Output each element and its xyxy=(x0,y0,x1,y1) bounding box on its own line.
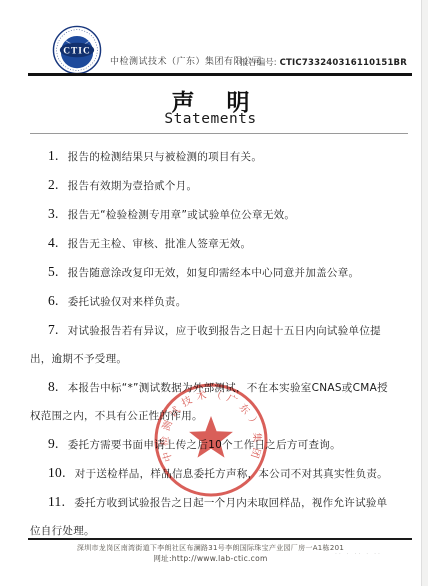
faint-footer-marks: ·· · ·· · ·· xyxy=(335,551,395,558)
document-page: CTIC 中检测试技术（广东）集团有限公司 报告编号:CTIC733240316… xyxy=(0,0,421,586)
report-number-value: CTIC733240316110151BR xyxy=(280,58,407,68)
statement-item-5: 5.报告随意涂改复印无效，如复印需经本中心同意并加盖公章。 xyxy=(30,258,396,287)
statement-number: 3. xyxy=(48,206,68,221)
statement-number: 7. xyxy=(48,322,68,337)
statement-item-3: 3.报告无“检验检测专用章”或试验单位公章无效。 xyxy=(30,200,396,229)
statement-text: 委托方需要书面申请上传之后10个工作日之后方可查询。 xyxy=(68,439,341,451)
page-edge xyxy=(421,0,428,586)
statement-text: 报告有效期为壹拾贰个月。 xyxy=(68,180,198,192)
statement-item-10: 10.对于送检样品，样品信息委托方声称，本公司不对其真实性负责。 xyxy=(30,459,396,488)
statement-text: 委托试验仅对来样负责。 xyxy=(68,296,187,308)
title-rule xyxy=(30,133,408,134)
statement-item-7: 7.对试验报告若有异议，应于收到报告之日起十五日内向试验单位提出，逾期不予受理。 xyxy=(30,316,396,373)
statement-item-8: 8.本报告中标“*”测试数据为外部测试，不在本实验室CNAS或CMA授权范围之内… xyxy=(30,373,396,430)
statement-number: 10. xyxy=(48,465,75,480)
statement-item-2: 2.报告有效期为壹拾贰个月。 xyxy=(30,171,396,200)
page-title-en: Statements xyxy=(0,111,421,127)
statement-number: 5. xyxy=(48,264,68,279)
statement-item-6: 6.委托试验仅对来样负责。 xyxy=(30,287,396,316)
logo-abbr: CTIC xyxy=(63,47,91,57)
statement-text: 对试验报告若有异议，应于收到报告之日起十五日内向试验单位提出，逾期不予受理。 xyxy=(30,325,381,365)
statement-text: 报告的检测结果只与被检测的项目有关。 xyxy=(68,151,262,163)
report-number-label: 报告编号: xyxy=(240,58,277,68)
statements-list: 1.报告的检测结果只与被检测的项目有关。2.报告有效期为壹拾贰个月。3.报告无“… xyxy=(30,142,396,545)
statement-text: 报告无主检、审核、批准人签章无效。 xyxy=(68,238,252,250)
statement-text: 报告无“检验检测专用章”或试验单位公章无效。 xyxy=(68,209,295,221)
report-number: 报告编号:CTIC733240316110151BR xyxy=(240,56,407,68)
statement-number: 2. xyxy=(48,177,68,192)
statement-text: 委托方收到试验报告之日起一个月内未取回样品，视作允许试验单位自行处理。 xyxy=(30,497,387,537)
statement-text: 报告随意涂改复印无效，如复印需经本中心同意并加盖公章。 xyxy=(68,267,360,279)
statement-number: 1. xyxy=(48,148,68,163)
statement-text: 本报告中标“*”测试数据为外部测试，不在本实验室CNAS或CMA授权范围之内，不… xyxy=(30,382,388,422)
statement-text: 对于送检样品，样品信息委托方声称，本公司不对其真实性负责。 xyxy=(75,468,388,480)
statement-number: 4. xyxy=(48,235,68,250)
statement-item-9: 9.委托方需要书面申请上传之后10个工作日之后方可查询。 xyxy=(30,430,396,459)
header-rule xyxy=(28,73,412,76)
statement-number: 11. xyxy=(48,494,74,509)
statement-number: 8. xyxy=(48,379,68,394)
ctic-logo-icon: CTIC xyxy=(52,25,102,75)
footer-rule xyxy=(28,538,412,540)
statement-number: 6. xyxy=(48,293,68,308)
statement-item-11: 11.委托方收到试验报告之日起一个月内未取回样品，视作允许试验单位自行处理。 xyxy=(30,488,396,545)
statement-item-1: 1.报告的检测结果只与被检测的项目有关。 xyxy=(30,142,396,171)
statement-number: 9. xyxy=(48,436,68,451)
statement-item-4: 4.报告无主检、审核、批准人签章无效。 xyxy=(30,229,396,258)
